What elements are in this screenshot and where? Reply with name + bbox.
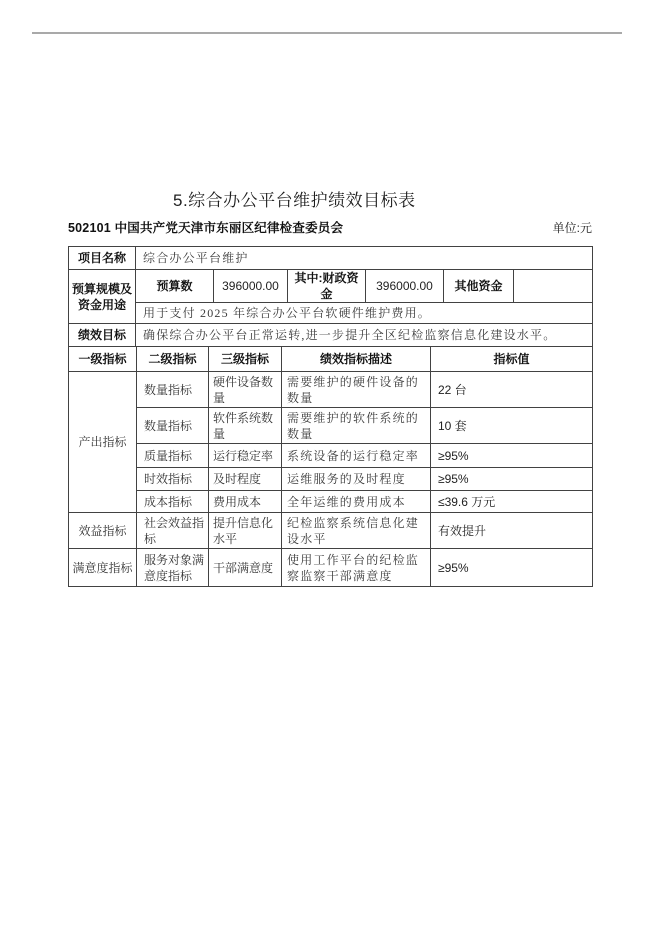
level2-cell: 时效指标 bbox=[137, 468, 209, 491]
fiscal-funds-label: 其中:财政资金 bbox=[288, 270, 366, 303]
table-row: 时效指标 及时程度 运维服务的及时程度 ≥95% bbox=[69, 468, 593, 491]
header-description: 绩效指标描述 bbox=[282, 347, 431, 372]
unit-label: 单位:元 bbox=[553, 219, 592, 236]
value-cell: ≥95% bbox=[431, 444, 593, 468]
description-cell: 系统设备的运行稳定率 bbox=[282, 444, 431, 468]
level3-cell: 费用成本 bbox=[209, 491, 282, 513]
table-row: 数量指标 软件系统数量 需要维护的软件系统的数量 10 套 bbox=[69, 408, 593, 444]
org-name: 502101 中国共产党天津市东丽区纪律检查委员会 bbox=[68, 218, 343, 236]
document-page: 5.综合办公平台维护绩效目标表 502101 中国共产党天津市东丽区纪律检查委员… bbox=[0, 0, 654, 926]
other-funds-label: 其他资金 bbox=[444, 270, 514, 303]
table-row: 产出指标 数量指标 硬件设备数量 需要维护的硬件设备的数量 22 台 bbox=[69, 372, 593, 408]
budget-number-value: 396000.00 bbox=[214, 270, 288, 303]
description-cell: 全年运维的费用成本 bbox=[282, 491, 431, 513]
value-cell: 10 套 bbox=[431, 408, 593, 444]
header-level3: 三级指标 bbox=[209, 347, 282, 372]
project-name-label: 项目名称 bbox=[69, 247, 136, 270]
value-cell: ≤39.6 万元 bbox=[431, 491, 593, 513]
page-title: 5.综合办公平台维护绩效目标表 bbox=[173, 186, 416, 211]
table-row: 成本指标 费用成本 全年运维的费用成本 ≤39.6 万元 bbox=[69, 491, 593, 513]
value-cell: ≥95% bbox=[431, 468, 593, 491]
level2-cell: 服务对象满意度指标 bbox=[137, 549, 209, 587]
header-level2: 二级指标 bbox=[137, 347, 209, 372]
tables-container: 项目名称 综合办公平台维护 预算规模及资金用途 预算数 396000.00 其中… bbox=[68, 246, 592, 587]
description-cell: 需要维护的硬件设备的数量 bbox=[282, 372, 431, 408]
project-name-row: 项目名称 综合办公平台维护 bbox=[69, 247, 593, 270]
level3-cell: 软件系统数量 bbox=[209, 408, 282, 444]
table-row: 效益指标 社会效益指标 提升信息化水平 纪检监察系统信息化建设水平 有效提升 bbox=[69, 513, 593, 549]
level2-cell: 数量指标 bbox=[137, 372, 209, 408]
level3-cell: 运行稳定率 bbox=[209, 444, 282, 468]
level3-cell: 提升信息化水平 bbox=[209, 513, 282, 549]
indicator-table: 一级指标 二级指标 三级指标 绩效指标描述 指标值 产出指标 数量指标 硬件设备… bbox=[68, 346, 593, 587]
level2-cell: 社会效益指标 bbox=[137, 513, 209, 549]
level1-benefit: 效益指标 bbox=[69, 513, 137, 549]
header-value: 指标值 bbox=[431, 347, 593, 372]
other-funds-value bbox=[514, 270, 593, 303]
level2-cell: 成本指标 bbox=[137, 491, 209, 513]
performance-goal-text: 确保综合办公平台正常运转,进一步提升全区纪检监察信息化建设水平。 bbox=[136, 324, 593, 347]
description-cell: 使用工作平台的纪检监察监察干部满意度 bbox=[282, 549, 431, 587]
level1-satisfaction: 满意度指标 bbox=[69, 549, 137, 587]
level2-cell: 数量指标 bbox=[137, 408, 209, 444]
value-cell: ≥95% bbox=[431, 549, 593, 587]
performance-goal-label: 绩效目标 bbox=[69, 324, 136, 347]
level3-cell: 硬件设备数量 bbox=[209, 372, 282, 408]
fiscal-funds-value: 396000.00 bbox=[366, 270, 444, 303]
org-header: 502101 中国共产党天津市东丽区纪律检查委员会 单位:元 bbox=[68, 218, 592, 236]
budget-row: 预算规模及资金用途 预算数 396000.00 其中:财政资金 396000.0… bbox=[69, 270, 593, 303]
table-row: 质量指标 运行稳定率 系统设备的运行稳定率 ≥95% bbox=[69, 444, 593, 468]
value-cell: 有效提升 bbox=[431, 513, 593, 549]
description-cell: 需要维护的软件系统的数量 bbox=[282, 408, 431, 444]
fund-usage-row: 用于支付 2025 年综合办公平台软硬件维护费用。 bbox=[69, 303, 593, 324]
project-info-table: 项目名称 综合办公平台维护 预算规模及资金用途 预算数 396000.00 其中… bbox=[68, 246, 593, 347]
level1-output: 产出指标 bbox=[69, 372, 137, 513]
value-cell: 22 台 bbox=[431, 372, 593, 408]
fund-usage-text: 用于支付 2025 年综合办公平台软硬件维护费用。 bbox=[136, 303, 593, 324]
budget-number-label: 预算数 bbox=[136, 270, 214, 303]
description-cell: 运维服务的及时程度 bbox=[282, 468, 431, 491]
level2-cell: 质量指标 bbox=[137, 444, 209, 468]
description-cell: 纪检监察系统信息化建设水平 bbox=[282, 513, 431, 549]
page-top-divider bbox=[32, 32, 622, 34]
performance-goal-row: 绩效目标 确保综合办公平台正常运转,进一步提升全区纪检监察信息化建设水平。 bbox=[69, 324, 593, 347]
table-row: 满意度指标 服务对象满意度指标 干部满意度 使用工作平台的纪检监察监察干部满意度… bbox=[69, 549, 593, 587]
indicator-header-row: 一级指标 二级指标 三级指标 绩效指标描述 指标值 bbox=[69, 347, 593, 372]
project-name-value: 综合办公平台维护 bbox=[136, 247, 593, 270]
header-level1: 一级指标 bbox=[69, 347, 137, 372]
level3-cell: 及时程度 bbox=[209, 468, 282, 491]
budget-scope-label: 预算规模及资金用途 bbox=[69, 270, 136, 324]
level3-cell: 干部满意度 bbox=[209, 549, 282, 587]
